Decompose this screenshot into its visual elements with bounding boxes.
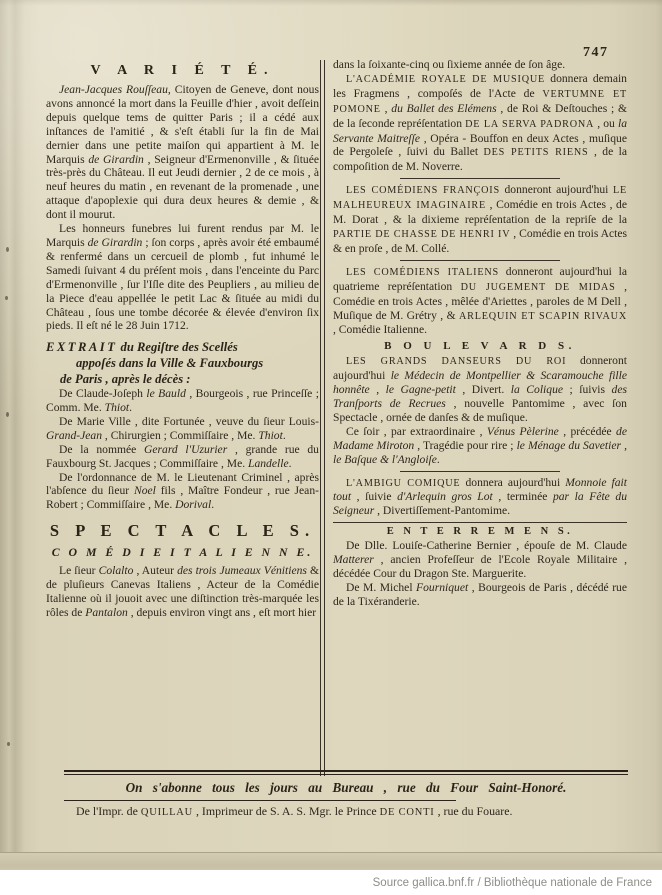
bernier-obituary: De Dlle. Louiſe-Catherine Bernier , épou…	[333, 539, 627, 581]
scanned-page-paper: 747 V A R I É T É. Jean-Jacques Rouſſeau…	[0, 0, 662, 870]
scelle-item: De Marie Ville , dite Fortunée , veuve d…	[46, 415, 319, 443]
printer-line: De l'Impr. de QUILLAU , Imprimeur de S. …	[64, 804, 628, 819]
extrait-heading-line2: appoſés dans la Ville & Fauxbourgs	[46, 356, 319, 372]
binding-speck	[6, 412, 9, 417]
page-bottom-edge	[0, 852, 662, 871]
extrait-heading-line1: EXTRAIT du Regiſtre des Scellés	[46, 340, 319, 356]
enterremens-heading: E N T E R R E M E N S.	[333, 526, 627, 537]
spectacles-heading: S P E C T A C L E S.	[46, 521, 319, 541]
rousseau-paragraph: Jean-Jacques Rouſſeau, Citoyen de Geneve…	[46, 83, 319, 222]
source-attribution-text: Source gallica.bnf.fr / Bibliothèque nat…	[373, 877, 652, 889]
ce-soir-paragraph: Ce ſoir , par extraordinaire , Vénus Pèl…	[333, 425, 627, 467]
left-column: V A R I É T É. Jean-Jacques Rouſſeau, Ci…	[46, 63, 319, 620]
section-rule	[400, 471, 560, 472]
variete-heading: V A R I É T É.	[46, 63, 319, 79]
footer-thin-rule	[64, 800, 456, 801]
right-column: dans la ſoixante-cinq ou ſixieme année d…	[333, 58, 627, 609]
binding-speck	[6, 247, 9, 252]
section-rule	[400, 260, 560, 261]
comediens-francois-paragraph: LES COMÉDIENS FRANÇOIS donneront aujourd…	[333, 183, 627, 256]
section-rule	[400, 178, 560, 179]
colalto-paragraph: Le ſieur Colalto , Auteur des trois Jume…	[46, 564, 319, 620]
imprint-footer: On s'abonne tous les jours au Bureau , r…	[64, 770, 628, 819]
comedie-italienne-heading: C O M É D I E I T A L I E N N E.	[46, 545, 319, 560]
binding-speck	[7, 742, 10, 746]
ambigu-comique-paragraph: L'AMBIGU COMIQUE donnera aujourd'hui Mon…	[333, 476, 627, 519]
column-divider-rule	[320, 60, 325, 776]
extrait-heading: EXTRAIT du Regiſtre des Scellés appoſés …	[46, 340, 319, 387]
enterremens-rule	[333, 522, 627, 523]
academie-royale-paragraph: L'ACADÉMIE ROYALE DE MUSIQUE donnera dem…	[333, 72, 627, 174]
funerals-paragraph: Les honneurs funebres lui furent rendus …	[46, 222, 319, 333]
boulevards-heading: B O U L E V A R D S.	[333, 340, 627, 352]
scelle-item: De Claude-Joſeph le Bauld , Bourgeois , …	[46, 387, 319, 415]
comediens-italiens-paragraph: LES COMÉDIENS ITALIENS donneront aujourd…	[333, 265, 627, 338]
scelle-item: De l'ordonnance de M. le Lieutenant Crim…	[46, 471, 319, 513]
fourniquet-obituary: De M. Michel Fourniquet , Bourgeois de P…	[333, 581, 627, 609]
scelle-item: De la nommée Gerard l'Uzurier , grande r…	[46, 443, 319, 471]
grands-danseurs-paragraph: LES GRANDS DANSEURS DU ROI donneront auj…	[333, 354, 627, 425]
subscription-line: On s'abonne tous les jours au Bureau , r…	[64, 780, 628, 796]
gallica-scan-page: { "page_number": "747", "left": { "varie…	[0, 0, 662, 895]
footer-top-rule	[64, 770, 628, 775]
binding-speck	[5, 296, 8, 300]
extrait-heading-line3: de Paris , après le décès :	[46, 372, 319, 388]
source-attribution-bar: Source gallica.bnf.fr / Bibliothèque nat…	[0, 870, 662, 895]
colalto-continuation: dans la ſoixante-cinq ou ſixieme année d…	[333, 58, 627, 72]
